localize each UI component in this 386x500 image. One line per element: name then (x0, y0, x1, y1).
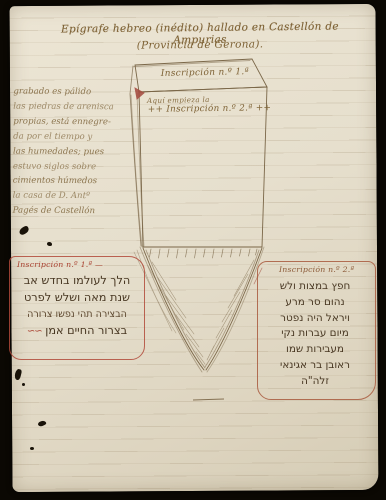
margin-note-line: grabado es pálido (13, 85, 133, 101)
hebrew-line: ויראל היה נפטר (261, 311, 369, 327)
manuscript-photo: Epígrafe hebreo (inédito) hallado en Cas… (0, 0, 386, 500)
inscription-2-heading: Inscripción n.º 2.ª (279, 265, 354, 274)
hebrew-line: מיום עברות נקי (261, 326, 369, 342)
hebrew-line: שנת מאה ושלש לפרט (13, 290, 141, 307)
margin-note-line: las piedras de arenisca (13, 99, 133, 115)
margin-note-line: las humedades; pues (13, 144, 133, 160)
inscription-2-hebrew: חפץ במצות ולש נהום סר מרע ויראל היה נפטר… (261, 279, 369, 390)
ink-blot (47, 242, 52, 246)
inscription-1-hebrew: הלך לעולמו בחדש אב שנת מאה ושלש לפרט הבצ… (13, 273, 141, 341)
hebrew-line: הלך לעולמו בחדש אב (13, 273, 141, 290)
ink-blot (22, 383, 25, 386)
hebrew-line: ראובן בר אגינאי (261, 358, 369, 374)
ink-blot (30, 447, 34, 450)
inscription-1-heading: Inscripción n.º 1.ª — (17, 260, 103, 269)
hebrew-line: בצרור החיים אמן ∼∼ (13, 323, 141, 341)
margin-note-line: estuvo siglos sobre (13, 159, 133, 175)
margin-note-line: la casa de D. Antº (13, 189, 133, 205)
inscription-2-box: Inscripción n.º 2.ª חפץ במצות ולש נהום ס… (257, 261, 376, 400)
hebrew-line: מעבירות שמו (261, 342, 369, 358)
inscription-1-box: Inscripción n.º 1.ª — הלך לעולמו בחדש אב… (9, 256, 145, 360)
margin-note: grabado es pálido las piedras de arenisc… (13, 85, 134, 220)
margin-note-line: cimientos húmedos (13, 174, 133, 190)
hebrew-line: חפץ במצות ולש (261, 279, 369, 295)
margin-note-line: propias, está ennegre- (13, 114, 133, 130)
hebrew-line: זלה"ה (261, 374, 369, 390)
stone-front-label-main: ++ Inscripción n.º 2.ª ++ (142, 103, 277, 115)
margin-note-line: da por el tiempo y (13, 129, 133, 145)
hebrew-line: הבצירה תהי נפשו צרורה (13, 307, 141, 324)
red-flourish-mark: ∼∼ (27, 326, 42, 337)
hebrew-line: נהום סר מרע (261, 295, 369, 311)
margin-note-line: Pagés de Castellón (13, 204, 133, 220)
